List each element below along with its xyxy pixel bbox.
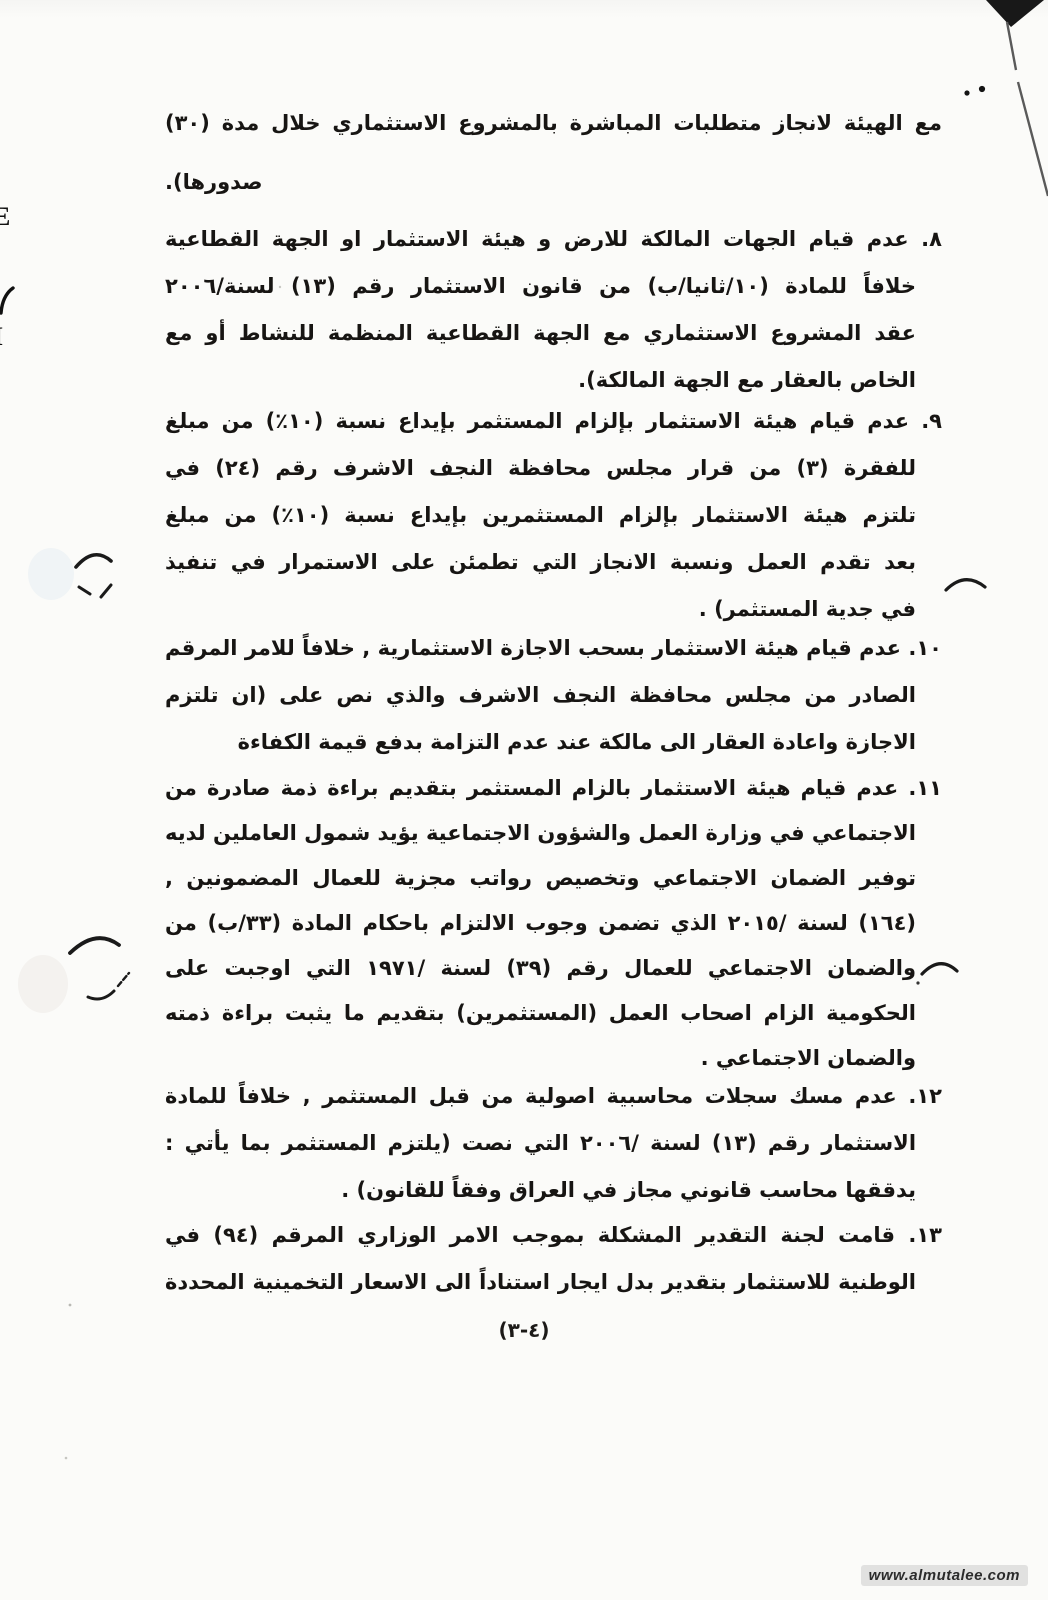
text-line: خلافاً للمادة (١٠/ثانيا/ب) من قانون الاس…: [165, 263, 942, 310]
document-body: مع الهيئة لانجاز متطلبات المباشرة بالمشر…: [165, 100, 942, 1306]
item-10: ١٠. عدم قيام هيئة الاستثمار بسحب الاجازة…: [165, 625, 942, 766]
ink-dot: [964, 90, 969, 95]
crease-line: [1007, 22, 1048, 196]
speck: [65, 1457, 68, 1460]
item-8: ٨. عدم قيام الجهات المالكة للارض و هيئة …: [165, 216, 942, 404]
text-line: توفير الضمان الاجتماعي وتخصيص رواتب مجزي…: [165, 856, 942, 901]
text-line: ١٠. عدم قيام هيئة الاستثمار بسحب الاجازة…: [165, 625, 942, 672]
text-line: ٨. عدم قيام الجهات المالكة للارض و هيئة …: [165, 216, 942, 263]
text-line: الاجازة واعادة العقار الى مالكة عند عدم …: [165, 719, 942, 766]
text-line: الاجتماعي في وزارة العمل والشؤون الاجتما…: [165, 811, 942, 856]
item-13: ١٣. قامت لجنة التقدير المشكلة بموجب الام…: [165, 1212, 942, 1306]
text-line: (١٦٤) لسنة /٢٠١٥ الذي تضمن وجوب الالتزام…: [165, 901, 942, 946]
pen-tick-mark: [101, 585, 111, 597]
paper-stain: [28, 548, 74, 600]
text-line: ١١. عدم قيام هيئة الاستثمار بالزام المست…: [165, 766, 942, 811]
page-number: (٤-٣): [0, 1318, 1048, 1342]
text-line: الوطنية للاستثمار بتقدير بدل ايجار استنا…: [165, 1259, 942, 1306]
item-9: ٩. عدم قيام هيئة الاستثمار بإلزام المستث…: [165, 398, 942, 633]
edge-stroke-mark: [1, 288, 13, 313]
pen-arc-mark: [76, 555, 111, 567]
text-line-intro: مع الهيئة لانجاز متطلبات المباشرة بالمشر…: [165, 100, 942, 147]
pen-arc-mark: [70, 938, 119, 953]
item-12: ١٢. عدم مسك سجلات محاسبية اصولية من قبل …: [165, 1073, 942, 1214]
pen-curve-mark: [118, 973, 129, 986]
pen-tick-mark: [79, 587, 90, 594]
ink-dot: [979, 86, 985, 92]
paper-stain: [18, 955, 68, 1013]
pen-arc-mark: [946, 580, 985, 590]
text-line: يدققها محاسب قانوني مجاز في العراق وفقاً…: [165, 1167, 942, 1214]
pen-curve-mark: [88, 991, 114, 999]
scanned-document-page: E I مع الهيئة لانجاز متطلبات المباشرة با…: [0, 0, 1048, 1600]
text-line: الصادر من مجلس محافظة النجف الاشرف والذي…: [165, 672, 942, 719]
text-line-intro-end: صدورها).: [165, 159, 942, 206]
text-line: بعد تقدم العمل ونسبة الانجاز التي تطمئن …: [165, 539, 942, 586]
speck: [69, 1304, 72, 1307]
corner-fold-icon: [986, 0, 1044, 27]
edge-letter-e: E: [0, 202, 10, 232]
edge-letter-i: I: [0, 322, 3, 352]
text-line: ٩. عدم قيام هيئة الاستثمار بإلزام المستث…: [165, 398, 942, 445]
text-line: ١٢. عدم مسك سجلات محاسبية اصولية من قبل …: [165, 1073, 942, 1120]
text-line: الخاص بالعقار مع الجهة المالكة).: [165, 357, 942, 404]
item-11: ١١. عدم قيام هيئة الاستثمار بالزام المست…: [165, 766, 942, 1081]
watermark: www.almutalee.com: [861, 1565, 1028, 1586]
text-line: ١٣. قامت لجنة التقدير المشكلة بموجب الام…: [165, 1212, 942, 1259]
text-line: تلتزم هيئة الاستثمار بإلزام المستثمرين ب…: [165, 492, 942, 539]
text-line: الاستثمار رقم (١٣) لسنة /٢٠٠٦ التي نصت (…: [165, 1120, 942, 1167]
text-line: الحكومية الزام اصحاب العمل (المستثمرين) …: [165, 991, 942, 1036]
text-line: والضمان الاجتماعي للعمال رقم (٣٩) لسنة /…: [165, 946, 942, 991]
text-line: للفقرة (٣) من قرار مجلس محافظة النجف الا…: [165, 445, 942, 492]
text-line: عقد المشروع الاستثماري مع الجهة القطاعية…: [165, 310, 942, 357]
